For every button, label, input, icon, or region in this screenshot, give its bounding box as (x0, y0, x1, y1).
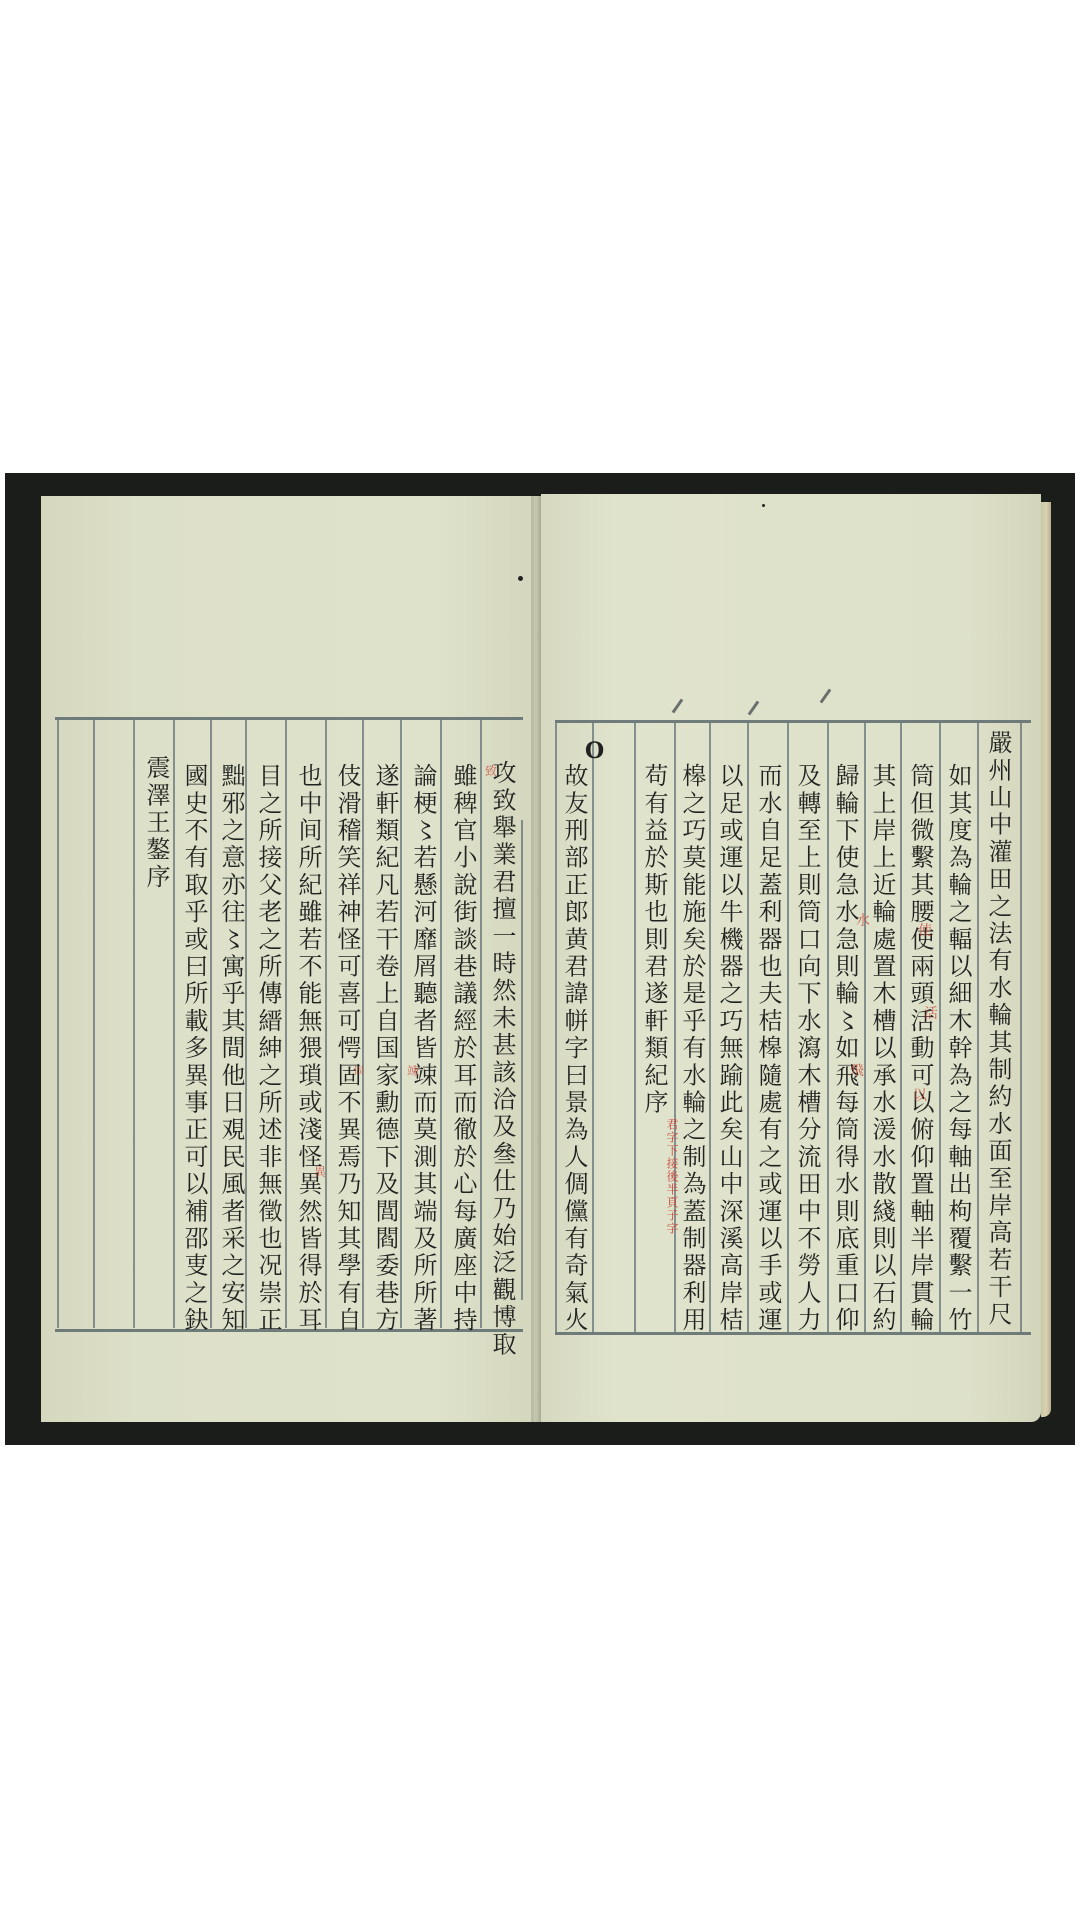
left-col-6: 也中间所紀雖若不能無猥瑣或淺怪異然皆得於耳 (290, 763, 326, 1334)
ink-circle-mark: O (585, 738, 604, 764)
right-col-10: 苟有益於斯也則君遂軒類紀序 (636, 763, 672, 1117)
right-rule (1020, 722, 1022, 1334)
page-stack-edge (1041, 502, 1051, 1417)
book-gutter (531, 496, 541, 1422)
right-rule (592, 722, 594, 1334)
left-rule (521, 820, 523, 1300)
left-rule (93, 720, 95, 1328)
left-col-3: 論梗〻若懸河靡屑聽者皆竦而莫測其端及所所著 (405, 763, 441, 1334)
ink-dot (518, 576, 523, 581)
red-correction-mark: 致 (485, 762, 497, 779)
red-correction-mark: 竦 (407, 1062, 419, 1079)
left-page-top-rule (55, 717, 523, 720)
red-correction-mark: 水 (856, 910, 870, 930)
right-col-9: 槔之巧莫能施矣於是乎有水輪之制為蓋制器利用 (674, 763, 710, 1334)
right-col-1: 嚴州山中灌田之法有水輪其制約水面至岸高若干尺 (980, 730, 1016, 1328)
left-col-10: 震澤王鏊序 (138, 755, 174, 891)
right-col-5: 歸輪下使急水急則輪〻如飛每筒得水則底重口仰 (827, 763, 863, 1334)
red-correction-mark: 使 (918, 920, 932, 940)
left-col-8: 黜邪之意亦往〻寓乎其間他日覌民風者采之安知 (213, 763, 249, 1334)
left-col-1: 攻致舉業君擅一時然未甚該洽及叄仕乃始泛觀博取 (484, 760, 520, 1358)
left-rule (57, 720, 59, 1328)
left-col-4: 遂軒類紀凡若干卷上自国家勳德下及閭閻委巷方 (367, 763, 403, 1334)
left-rule (133, 720, 135, 1328)
right-col-12: 故友刑部正郎黄君諱帡字曰景為人倜儻有奇氣火 (556, 763, 592, 1334)
right-rule (977, 722, 979, 1334)
right-col-2: 如其度為輪之輻以細木幹為之每軸出枸覆繫一竹 (940, 763, 976, 1334)
left-col-2: 雖稗官小說街談巷議經於耳而徹於心每廣座中持 (445, 763, 481, 1334)
right-rule (747, 722, 749, 1334)
ink-dot (762, 504, 765, 507)
right-col-6: 及轉至上則筒口向下水瀉木槽分流田中不勞人力 (789, 763, 825, 1334)
red-correction-mark: 以 (913, 1085, 927, 1105)
left-col-7: 目之所接父老之所傳縉紳之所述非無徵也况崇正 (250, 763, 286, 1334)
left-col-5: 伎滑稽笑祥神怪可喜可愕固不異焉乃知其學有自 (329, 763, 365, 1334)
left-col-9: 國史不有取乎或曰所載多異事正可以補邵叓之鈌 (176, 763, 212, 1334)
right-col-7: 而水自足蓋利器也夫桔槔隨處有之或運以手或運 (750, 763, 786, 1334)
red-correction-mark: 飛 (850, 1060, 864, 1080)
right-col-8: 以足或運以牛機器之巧無踰此矣山中深溪高岸桔 (711, 763, 747, 1334)
right-col-3: 筒但微繫其腰使兩頭活動可以俯仰置軸半岸貫輪 (902, 763, 938, 1334)
red-correction-mark: 異 (314, 1163, 326, 1180)
red-annotation: 君字下接後半頁子字 (664, 1118, 681, 1235)
right-col-4: 其上岸上近輪處置木槽以承水湲水散綫則以石約 (864, 763, 900, 1334)
right-page-top-rule (555, 720, 1031, 723)
red-correction-mark: 活 (924, 1003, 938, 1023)
red-correction-mark: 固 (354, 1062, 364, 1077)
